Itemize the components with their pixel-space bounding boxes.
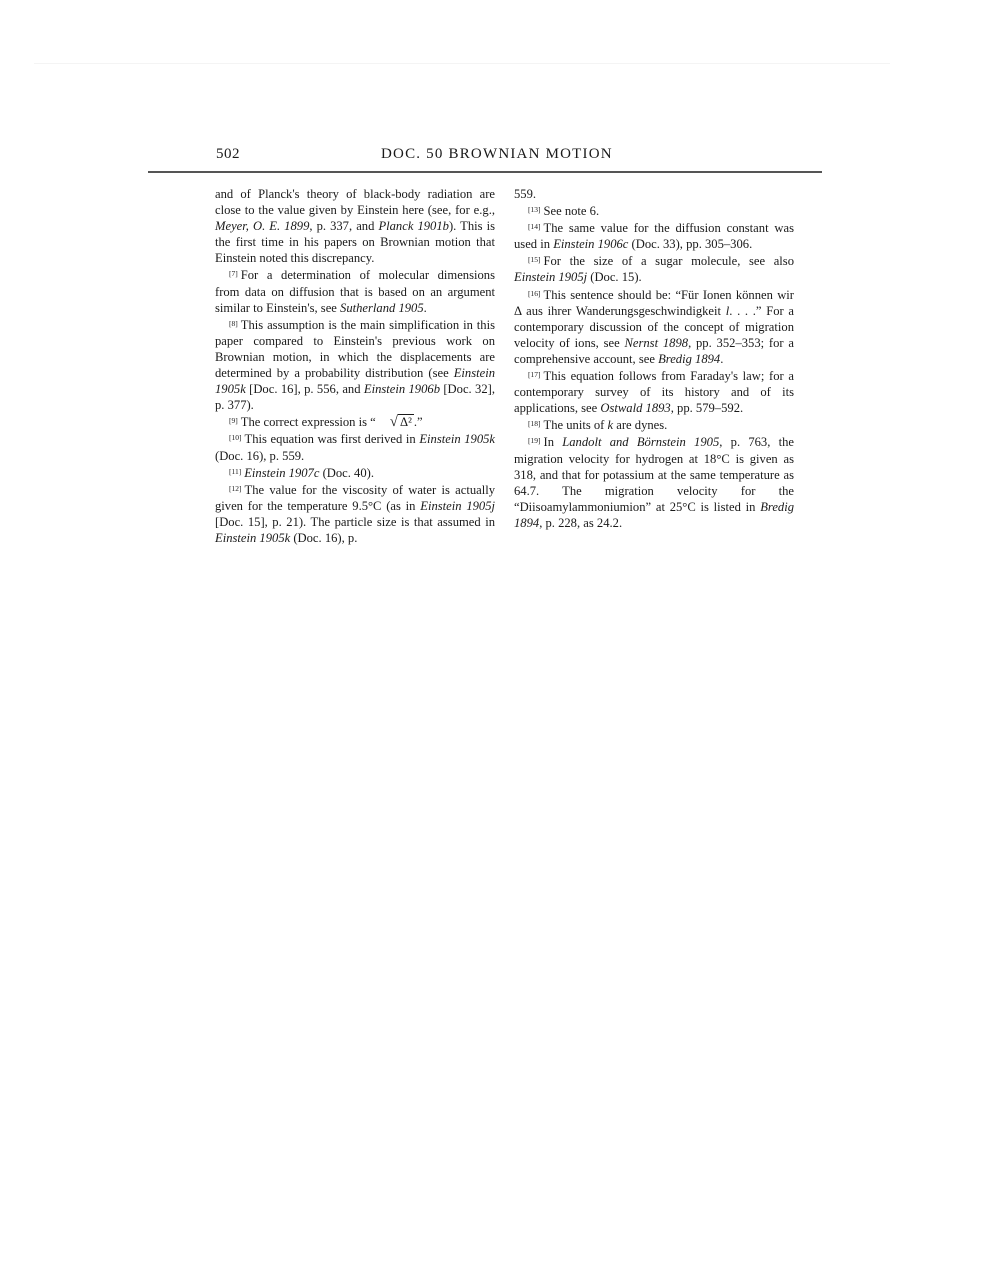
footnote-18: [18]The units of k are dynes. — [514, 416, 794, 433]
text: The units of — [544, 418, 608, 432]
footnote-marker: [17] — [528, 370, 541, 379]
text: [Doc. 16], p. 556, and — [246, 382, 364, 396]
header-rule — [148, 171, 822, 173]
footnote-13: [13]See note 6. — [514, 202, 794, 219]
text: .” — [414, 415, 423, 429]
footnote-17: [17]This equation follows from Faraday's… — [514, 367, 794, 416]
text: In — [544, 435, 563, 449]
square-root-expression: √Δ² — [376, 414, 414, 430]
text: (Doc. 33), pp. 305–306. — [628, 237, 752, 251]
footnote-12: [12]The value for the viscosity of water… — [215, 481, 495, 546]
footnote-marker: [12] — [229, 484, 242, 493]
note-continuation: 559. — [514, 186, 794, 202]
citation: Bredig 1894 — [658, 352, 720, 366]
text: See note 6. — [544, 204, 600, 218]
citation: Einstein 1905k — [419, 432, 495, 446]
footnote-7: [7]For a determination of molecular dime… — [215, 266, 495, 315]
text: This equation was first derived in — [245, 432, 420, 446]
citation: Planck 1901b — [378, 219, 449, 233]
right-column: 559. [13]See note 6. [14]The same value … — [514, 186, 794, 531]
footnote-15: [15]For the size of a sugar molecule, se… — [514, 252, 794, 285]
footnote-14: [14]The same value for the diffusion con… — [514, 219, 794, 252]
text: are dynes. — [613, 418, 667, 432]
citation: Einstein 1905j — [514, 270, 587, 284]
running-head: 502 DOC. 50 BROWNIAN MOTION — [148, 146, 822, 166]
footnote-9: [9]The correct expression is “√Δ².” — [215, 413, 495, 430]
radicand: Δ² — [398, 414, 414, 429]
text: . — [424, 301, 427, 315]
citation: Landolt and Börnstein 1905 — [562, 435, 719, 449]
footnote-8: [8]This assumption is the main simplific… — [215, 316, 495, 414]
text: [Doc. 15], p. 21). The particle size is … — [215, 515, 495, 529]
citation: Einstein 1905k — [215, 531, 290, 545]
text: and of Planck's theory of black-body rad… — [215, 187, 495, 217]
citation: Sutherland 1905 — [340, 301, 424, 315]
citation: Einstein 1906b — [364, 382, 440, 396]
footnote-19: [19]In Landolt and Börnstein 1905, p. 76… — [514, 433, 794, 531]
scan-edge-line — [34, 63, 890, 64]
citation: Ostwald 1893 — [600, 401, 670, 415]
page-number: 502 — [216, 146, 240, 163]
footnote-marker: [11] — [229, 467, 241, 476]
text: For the size of a sugar molecule, see al… — [544, 254, 795, 268]
footnote-marker: [18] — [528, 419, 541, 428]
footnote-marker: [13] — [528, 205, 541, 214]
footnote-marker: [19] — [528, 436, 541, 445]
text: . — [720, 352, 723, 366]
citation: Nernst 1898 — [624, 336, 688, 350]
footnote-marker: [10] — [229, 433, 242, 442]
left-column: and of Planck's theory of black-body rad… — [215, 186, 495, 546]
text: , p. 337, and — [309, 219, 378, 233]
text: (Doc. 16), p. — [290, 531, 357, 545]
footnote-marker: [14] — [528, 222, 541, 231]
text: (Doc. 16), p. 559. — [215, 449, 304, 463]
citation: Meyer, O. E. 1899 — [215, 219, 309, 233]
footnote-marker: [7] — [229, 269, 238, 278]
citation: Einstein 1906c — [553, 237, 628, 251]
radical-sign: √ — [390, 414, 398, 430]
text: (Doc. 40). — [319, 466, 374, 480]
text: The correct expression is “ — [241, 415, 376, 429]
running-head-title: DOC. 50 BROWNIAN MOTION — [381, 146, 613, 163]
text: , pp. 579–592. — [671, 401, 743, 415]
footnote-marker: [9] — [229, 416, 238, 425]
citation: Einstein 1907c — [244, 466, 319, 480]
footnote-16: [16]This sentence should be: “Für Ionen … — [514, 286, 794, 367]
footnote-11: [11]Einstein 1907c (Doc. 40). — [215, 464, 495, 481]
citation: Einstein 1905j — [420, 499, 495, 513]
footnote-10: [10]This equation was first derived in E… — [215, 430, 495, 463]
text: (Doc. 15). — [587, 270, 642, 284]
text: , p. 228, as 24.2. — [539, 516, 622, 530]
note-continuation: and of Planck's theory of black-body rad… — [215, 186, 495, 266]
footnote-marker: [16] — [528, 289, 541, 298]
footnote-marker: [15] — [528, 255, 541, 264]
footnote-marker: [8] — [229, 319, 238, 328]
